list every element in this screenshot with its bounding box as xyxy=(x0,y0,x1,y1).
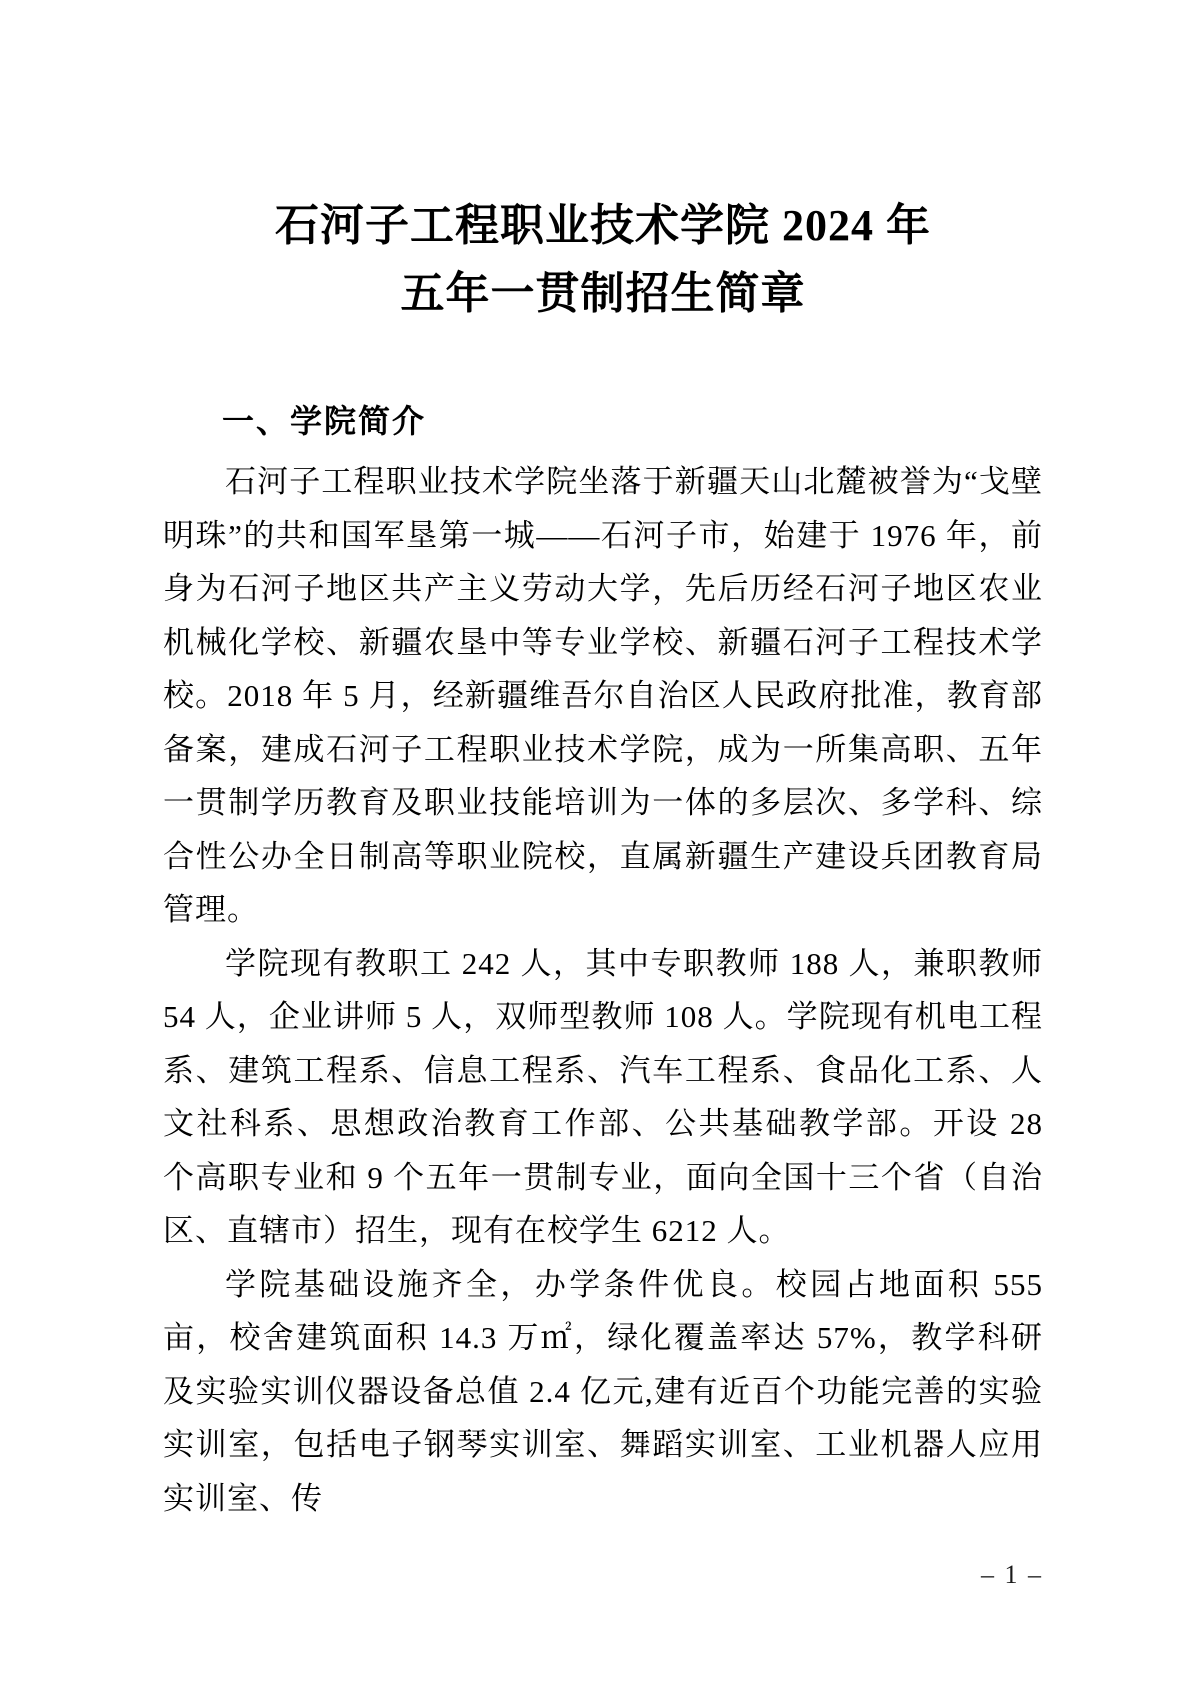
page-number: – 1 – xyxy=(981,1560,1043,1590)
paragraph-faculty-departments: 学院现有教职工 242 人，其中专职教师 188 人，兼职教师 54 人，企业讲… xyxy=(163,937,1043,1258)
paragraph-campus-facilities: 学院基础设施齐全，办学条件优良。校园占地面积 555 亩，校舍建筑面积 14.3… xyxy=(163,1258,1043,1526)
title-line-1: 石河子工程职业技术学院 2024 年 xyxy=(163,192,1043,260)
section-heading-college-intro: 一、学院简介 xyxy=(222,400,426,442)
document-title: 石河子工程职业技术学院 2024 年 五年一贯制招生简章 xyxy=(163,192,1043,328)
title-line-2: 五年一贯制招生简章 xyxy=(163,260,1043,328)
body-text: 石河子工程职业技术学院坐落于新疆天山北麓被誉为“戈壁明珠”的共和国军垦第一城——… xyxy=(163,455,1043,1525)
paragraph-college-history: 石河子工程职业技术学院坐落于新疆天山北麓被誉为“戈壁明珠”的共和国军垦第一城——… xyxy=(163,455,1043,937)
document-page: 石河子工程职业技术学院 2024 年 五年一贯制招生简章 一、学院简介 石河子工… xyxy=(0,0,1191,1684)
